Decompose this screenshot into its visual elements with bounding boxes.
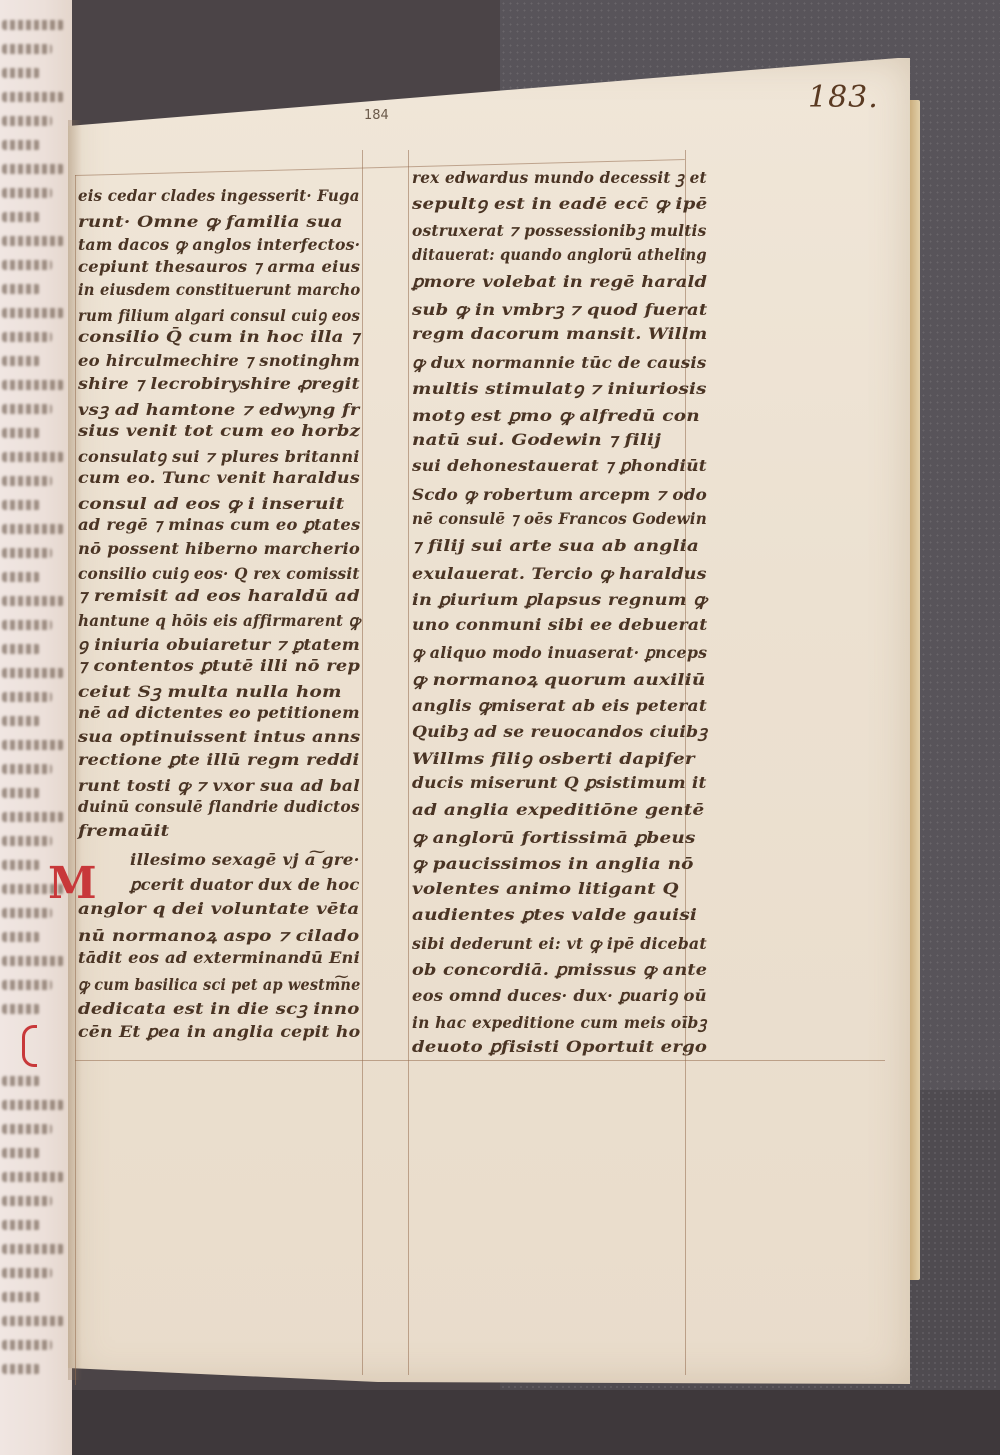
facing-page-text-blur <box>2 1244 64 1254</box>
facing-page-text-blur <box>2 908 52 918</box>
manuscript-line: anglis ꝙmiserat ab eis peterat <box>412 694 707 716</box>
facing-page-text-blur <box>2 860 40 870</box>
ruling-line-center-left <box>362 150 363 1375</box>
facing-page-text-blur <box>2 1004 40 1014</box>
facing-page-text-blur <box>2 596 64 606</box>
manuscript-line: sub ꝙ in vmbrꝫ ⁊ quod fuerat <box>412 298 707 320</box>
ruling-line-bottom <box>75 1060 885 1061</box>
manuscript-line: deuoto ꝑfisisti Oportuit ergo <box>412 1037 707 1056</box>
facing-page-text-blur <box>2 1292 40 1302</box>
manuscript-line: ꝑcerit duator dux de hoc <box>130 875 360 894</box>
facing-page-text-blur <box>2 980 52 990</box>
ruling-line-center-right <box>408 150 409 1375</box>
facing-page-text-blur <box>2 140 40 150</box>
manuscript-line: eis cedar clades ingesserit· Fuga <box>78 186 360 205</box>
facing-page-text-blur <box>2 476 52 486</box>
manuscript-line: cepiunt thesauros ⁊ arma eius <box>78 257 360 276</box>
facing-page-text-blur <box>2 20 64 30</box>
facing-page-text-blur <box>2 428 40 438</box>
manuscript-line: sui dehonestauerat ⁊ ꝑhondiūt <box>412 456 707 475</box>
manuscript-line: ad anglia expeditiōne gentē <box>412 800 704 819</box>
manuscript-line: ⁊ filij sui arte sua ab anglia <box>412 536 699 555</box>
facing-page-text-blur <box>2 1100 64 1110</box>
manuscript-line: in ꝑiurium ꝑlapsus regnum ꝙ <box>412 588 707 610</box>
manuscript-line: sua optinuissent intus anns <box>78 727 360 746</box>
facing-page-text-blur <box>2 332 52 342</box>
background-shadow <box>0 1390 1000 1455</box>
facing-page-text-blur <box>2 1220 40 1230</box>
manuscript-line: ob concordiā. ꝑmissus ꝙ ante <box>412 958 707 980</box>
manuscript-line: consulatꝯ sui ⁊ plures britanni <box>78 445 360 467</box>
manuscript-line: ⁊ contentos ꝑtutē illi nō rep <box>78 656 360 675</box>
manuscript-line: dedicata est in die scꝫ inno <box>78 997 360 1019</box>
manuscript-line: consilio cuiꝯ eos· Q rex comissit <box>78 562 360 584</box>
facing-page-text-blur <box>2 212 40 222</box>
facing-page-text-blur <box>2 668 64 678</box>
facing-page-text-blur <box>2 452 64 462</box>
manuscript-line: ꝙ anglorū fortissimā ꝑbeus <box>412 826 696 848</box>
manuscript-line: cum eo. Tunc venit haraldus <box>78 468 360 487</box>
left-page-curl <box>0 0 72 1455</box>
facing-page-text-blur <box>2 92 64 102</box>
facing-page-text-blur <box>2 1076 40 1086</box>
manuscript-line: in eiusdem constituerunt marcho <box>78 280 360 299</box>
facing-page-text-blur <box>2 308 64 318</box>
manuscript-line: sius venit tot cum eo horbz <box>78 421 360 440</box>
facing-page-text-blur <box>2 404 52 414</box>
facing-page-text-blur <box>2 956 64 966</box>
facing-page-text-blur <box>2 356 40 366</box>
manuscript-line: illesimo sexagē vj a͠ gre· <box>130 850 360 869</box>
facing-page-text-blur <box>2 932 40 942</box>
facing-page-text-blur <box>2 620 52 630</box>
manuscript-line: ceiut Sꝫ multa nulla hom <box>78 680 342 702</box>
manuscript-line: tam dacos ꝙ anglos interfectos· <box>78 233 360 255</box>
manuscript-line: Scdo ꝙ robertum arcepm ⁊ odo <box>412 483 707 505</box>
facing-page-text-blur <box>2 380 64 390</box>
manuscript-line: fremaūit <box>78 821 169 840</box>
facing-page-text-blur <box>2 188 52 198</box>
facing-page-text-blur <box>2 788 40 798</box>
facing-page-text-blur <box>2 116 52 126</box>
manuscript-line: consul ad eos ꝙ i inseruit <box>78 492 345 514</box>
facing-page-text-blur <box>2 548 52 558</box>
manuscript-line: ⁊ remisit ad eos haraldū ad <box>78 586 360 605</box>
manuscript-line: regm dacorum mansit. Willm <box>412 324 707 343</box>
manuscript-line: runt· Omne ꝙ familia sua <box>78 210 343 232</box>
manuscript-line: eos omnd duces· dux· ꝑuariꝯ oū <box>412 984 707 1006</box>
facing-page-text-blur <box>2 1196 52 1206</box>
manuscript-line: shire ⁊ lecrobiryshire ꝓregit <box>78 374 360 393</box>
manuscript-line: Willms filiꝯ osberti dapifer <box>412 747 695 769</box>
facing-page-text-blur <box>2 740 64 750</box>
manuscript-line: ostruxerat ⁊ possessionibꝫ multis <box>412 219 707 241</box>
manuscript-line: ditauerat: quando anglorū atheling <box>412 245 707 264</box>
facing-page-text-blur <box>2 1172 64 1182</box>
manuscript-line: exulauerat. Tercio ꝙ haraldus <box>412 562 707 584</box>
manuscript-line: hantune q hōis eis affirmarent ꝙ <box>78 609 360 631</box>
manuscript-line: ꝙ aliquo modo inuaserat· ꝑnceps <box>412 641 707 663</box>
manuscript-line: tādit eos ad exterminandū Eni <box>78 948 360 967</box>
facing-page-text-blur <box>2 500 40 510</box>
facing-page-text-blur <box>2 284 40 294</box>
ruling-line-left <box>75 175 76 1385</box>
manuscript-line: ꝯ iniuria obuiaretur ⁊ ꝑtatem <box>78 633 360 655</box>
manuscript-line: runt tosti ꝙ ⁊ vxor sua ad bal <box>78 774 360 796</box>
manuscript-line: nū normanoꝝ aspo ⁊ cilado <box>78 924 359 946</box>
manuscript-line: ꝙ paucissimos in anglia nō <box>412 852 694 874</box>
facing-page-text-blur <box>2 572 40 582</box>
facing-page-text-blur <box>2 764 52 774</box>
manuscript-line: eo hirculmechire ⁊ snotinghm <box>78 351 360 370</box>
facing-page-text-blur <box>2 68 40 78</box>
manuscript-line: consilio Q̄ cum in hoc illa ⁊ <box>78 327 359 346</box>
facing-page-text-blur <box>2 812 64 822</box>
facing-page-text-blur <box>2 1364 40 1374</box>
manuscript-line: nē ad dictentes eo petitionem <box>78 703 360 722</box>
manuscript-line: ꝙ cum basilica sci pet ap westm͠ne <box>78 973 360 995</box>
manuscript-line: duinū consulē flandrie dudictos <box>78 797 360 816</box>
facing-page-text-blur <box>2 692 52 702</box>
facing-page-text-blur <box>2 260 52 270</box>
manuscript-line: rum filium algari consul cuiꝯ eos <box>78 304 360 326</box>
manuscript-line: ꝙ normanoꝝ quorum auxiliū <box>412 668 705 690</box>
facing-page-text-blur <box>2 1340 52 1350</box>
facing-page-text-blur <box>2 164 64 174</box>
manuscript-line: natū sui. Godewin ⁊ filij <box>412 430 661 449</box>
facing-page-text-blur <box>2 44 52 54</box>
manuscript-line: motꝯ est ꝑmo ꝙ alfredū con <box>412 404 700 426</box>
facing-page-text-blur <box>2 1148 40 1158</box>
manuscript-line: ad regē ⁊ minas cum eo ꝑtates <box>78 515 360 534</box>
manuscript-line: volentes animo litigant Q <box>412 879 679 898</box>
manuscript-line: rectione ꝑte illū regm reddi <box>78 750 360 769</box>
manuscript-line: multis stimulatꝯ ⁊ iniuriosis <box>412 377 707 399</box>
facing-page-text-blur <box>2 1316 64 1326</box>
facing-page-text-blur <box>2 836 52 846</box>
manuscript-line: vsꝫ ad hamtone ⁊ edwyng fr <box>78 398 360 420</box>
manuscript-line: nō possent hiberno marcherio <box>78 539 360 558</box>
manuscript-line: uno conmuni sibi ee debuerat <box>412 615 707 634</box>
manuscript-line: ꝑmore volebat in regē harald <box>412 272 707 291</box>
manuscript-line: rex edwardus mundo decessit ꝫ et <box>412 166 707 188</box>
manuscript-line: sepultꝯ est in eadē ecc̄ ꝙ ipē <box>412 192 707 214</box>
manuscript-line: nē consulē ⁊ oēs Francos Godewin <box>412 509 707 528</box>
facing-page-text-blur <box>2 236 64 246</box>
rubric-initial-fragment <box>22 1025 37 1067</box>
manuscript-line: audientes ꝑtes valde gauisi <box>412 905 697 924</box>
facing-page-text-blur <box>2 1268 52 1278</box>
manuscript-line: Quibꝫ ad se reuocandos ciuibꝫ <box>412 720 707 742</box>
manuscript-line: anglor q dei voluntate vēta <box>78 899 360 918</box>
pencil-page-number: 184 <box>364 108 389 123</box>
manuscript-line: ꝙ dux normannie tūc de causis <box>412 351 707 373</box>
facing-page-text-blur <box>2 524 64 534</box>
manuscript-line: ducis miserunt Q ꝑsistimum it <box>412 773 707 792</box>
manuscript-line: in hac expeditione cum meis oībꝫ <box>412 1011 707 1033</box>
manuscript-line: cēn Et ꝑea in anglia cepit ho <box>78 1022 360 1041</box>
folio-number: 183. <box>808 80 879 115</box>
facing-page-text-blur <box>2 1124 52 1134</box>
manuscript-line: sibi dederunt ei: vt ꝙ ipē dicebat <box>412 932 707 954</box>
facing-page-text-blur <box>2 644 40 654</box>
facing-page-text-blur <box>2 716 40 726</box>
